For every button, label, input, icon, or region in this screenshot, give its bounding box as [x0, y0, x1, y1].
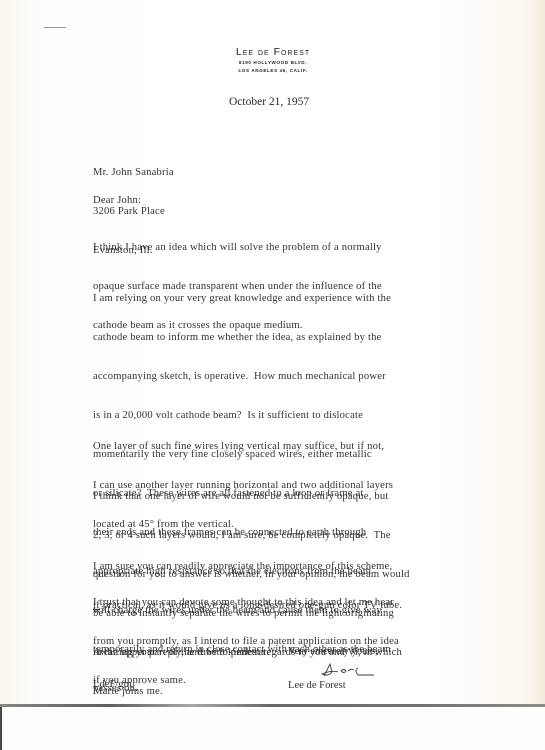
salutation: Dear John:: [93, 194, 493, 207]
paragraph-line: cathode beam to inform me whether the id…: [93, 331, 493, 344]
scan-background-strip: [0, 707, 545, 750]
paragraph-line: I think I have an idea which will solve …: [93, 241, 493, 254]
letterhead-address-line2: Los Angeles 46, Calif.: [200, 67, 346, 75]
pencil-mark: [44, 27, 66, 28]
scan-edge: [0, 707, 2, 750]
letter-page: Lee de Forest 8190 Hollywood Blvd. Los A…: [0, 0, 545, 706]
signer-name: Lee de Forest: [288, 679, 346, 692]
letterhead-name: Lee de Forest: [200, 46, 346, 59]
reference-initials: LdeF/gm: [93, 679, 132, 690]
paragraph-line: I am relying on your very great knowledg…: [93, 292, 493, 305]
paragraph-line: One layer of such fine wires lying verti…: [93, 440, 493, 453]
paragraph-line: I think that one layer of wire would not…: [93, 490, 493, 503]
recipient-name: Mr. John Sanabria: [93, 166, 493, 179]
letterhead: Lee de Forest 8190 Hollywood Blvd. Los A…: [200, 46, 346, 75]
letterhead-address-line1: 8190 Hollywood Blvd.: [200, 59, 346, 67]
closing: Very sincerely yours,: [288, 645, 378, 658]
handwritten-signature: [318, 658, 378, 680]
paragraph-line: I trust that you can devote some thought…: [93, 596, 493, 609]
letter-date: October 21, 1957: [229, 96, 309, 108]
paragraph-line: accompanying sketch, is operative. How m…: [93, 370, 493, 383]
